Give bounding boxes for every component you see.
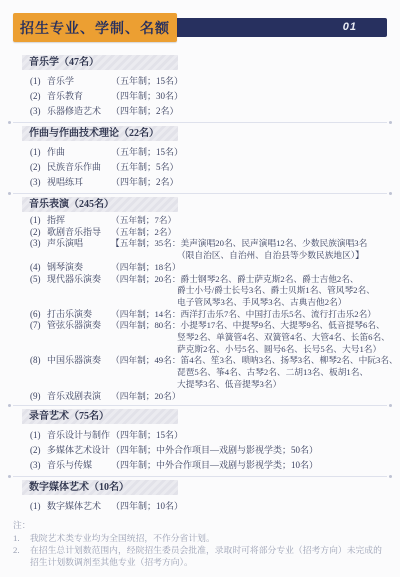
program-number: (3)	[30, 175, 47, 190]
program-number: (1)	[30, 215, 47, 227]
section-title: 音乐表演（245名）	[22, 197, 178, 212]
section-musicology: 音乐学（47名） (1) 音乐学 （五年制；15名） (2) 音乐教育 （四年制…	[0, 55, 400, 119]
program-list: (1) 指挥 （五年制；7名） (2) 歌剧音乐指导 （五年制；2名） (3) …	[0, 215, 400, 402]
program-row: (1) 数字媒体艺术 （四年制；10名）	[30, 499, 400, 514]
note-text: 在招生总计划数范围内，经院招生委员会批准，录取时可将部分专业（招考方向）未完成的…	[30, 544, 382, 569]
program-detail-continuation: （限自治区、自治州、自治县等少数民族地区）】	[177, 250, 400, 262]
notes: 注： 1. 我院艺术类专业均为全国统招，不作分省计划。 2. 在招生总计划数范围…	[0, 519, 400, 568]
section-divider	[8, 404, 392, 407]
divider-dot	[389, 121, 392, 124]
program-name: 视唱练耳	[47, 175, 111, 190]
section-title: 录音艺术（75名）	[22, 409, 178, 424]
program-number: (7)	[30, 320, 47, 332]
program-detail: （五年制；2名）	[111, 227, 176, 239]
section-digital-media: 数字媒体艺术（10名） (1) 数字媒体艺术 （四年制；10名）	[0, 480, 400, 514]
program-number: (2)	[30, 89, 47, 104]
program-row: (3) 视唱练耳 （四年制；2名）	[30, 175, 400, 190]
program-detail-continuation: 大提琴3名、低音提琴3名）	[177, 379, 400, 391]
divider-line	[13, 405, 387, 406]
program-name: 中国乐器演奏	[47, 355, 111, 367]
divider-dot	[8, 192, 11, 195]
program-detail-continuation: 琵琶5名、筝4名、古琴2名、二胡13名、板胡1名、	[177, 367, 400, 379]
program-detail: （四年制；30名）	[111, 89, 183, 104]
program-number: (9)	[30, 391, 47, 403]
program-number: (2)	[30, 227, 47, 239]
program-name: 管弦乐器演奏	[47, 320, 111, 332]
divider-dot	[8, 121, 11, 124]
program-row: (5) 现代器乐演奏 （四年制；20名：爵士钢琴2名、爵士萨克斯2名、爵士吉他2…	[30, 274, 400, 286]
program-detail: （五年制；15名）	[111, 145, 183, 160]
section-divider	[8, 121, 392, 124]
program-name: 音乐设计与制作	[47, 428, 111, 443]
program-name: 现代器乐演奏	[47, 274, 111, 286]
program-name: 声乐演唱	[47, 238, 111, 250]
program-number: (1)	[30, 74, 47, 89]
program-number: (1)	[30, 428, 47, 443]
program-row: (1) 音乐学 （五年制；15名）	[30, 74, 400, 89]
program-detail-continuation: 电子管风琴3名、手风琴3名、古典吉他2名）	[177, 297, 400, 309]
note-text: 我院艺术类专业均为全国统招，不作分省计划。	[30, 532, 382, 544]
page-title: 招生专业、学制、名额	[13, 13, 177, 42]
program-detail: （五年制；7名）	[111, 215, 176, 227]
program-name: 指挥	[47, 215, 111, 227]
program-detail: （四年制；2名）	[111, 104, 179, 119]
program-row: (2) 歌剧音乐指导 （五年制；2名）	[30, 227, 400, 239]
program-name: 乐器修造艺术	[47, 104, 111, 119]
program-detail: （四年制；中外合作项目—戏剧与影视学类；50名）	[111, 443, 318, 458]
program-list: (1) 音乐设计与制作 （四年制；15名） (2) 多媒体艺术设计 （四年制；中…	[0, 428, 400, 473]
program-detail-continuation: 爵士小号/爵士长号3名、爵士贝斯1名、管风琴2名、	[177, 285, 400, 297]
program-row: (2) 多媒体艺术设计 （四年制；中外合作项目—戏剧与影视学类；50名）	[30, 443, 400, 458]
program-number: (1)	[30, 145, 47, 160]
program-name: 音乐戏剧表演	[47, 391, 111, 403]
program-number: (3)	[30, 238, 47, 250]
program-name: 音乐与传媒	[47, 458, 111, 473]
program-detail: （四年制；2名）	[111, 175, 179, 190]
note-number: 2.	[13, 544, 30, 569]
page-number: 01	[343, 21, 357, 33]
notes-label: 注：	[13, 519, 400, 531]
program-number: (6)	[30, 309, 47, 321]
section-title: 作曲与作曲技术理论（22名）	[22, 126, 178, 141]
note-item: 2. 在招生总计划数范围内，经院招生委员会批准，录取时可将部分专业（招考方向）未…	[13, 544, 400, 569]
program-name: 音乐学	[47, 74, 111, 89]
program-list: (1) 数字媒体艺术 （四年制；10名）	[0, 499, 400, 514]
section-divider	[8, 192, 392, 195]
program-row: (2) 民族音乐作曲 （五年制；5名）	[30, 160, 400, 175]
program-row: (3) 音乐与传媒 （四年制；中外合作项目—戏剧与影视学类；10名）	[30, 458, 400, 473]
program-detail: （四年制；15名）	[111, 428, 183, 443]
program-detail: （四年制；10名）	[111, 499, 183, 514]
program-name: 音乐教育	[47, 89, 111, 104]
program-detail-continuation: 竖琴2名、单簧管4名、双簧管4名、大管4名、长笛6名、	[177, 332, 400, 344]
program-list: (1) 音乐学 （五年制；15名） (2) 音乐教育 （四年制；30名） (3)…	[0, 74, 400, 119]
divider-dot	[389, 404, 392, 407]
program-number: (5)	[30, 274, 47, 286]
program-row: (3) 声乐演唱 【五年制；35名：美声演唱20名、民声演唱12名、少数民族演唱…	[30, 238, 400, 250]
program-detail: 【五年制；35名：美声演唱20名、民声演唱12名、少数民族演唱3名	[111, 238, 367, 250]
program-detail: （四年制；20名）	[111, 391, 181, 403]
program-row: (9) 音乐戏剧表演 （四年制；20名）	[30, 391, 400, 403]
program-name: 民族音乐作曲	[47, 160, 111, 175]
program-name: 钢琴演奏	[47, 262, 111, 274]
program-name: 作曲	[47, 145, 111, 160]
program-number: (3)	[30, 458, 47, 473]
program-detail: （四年制；18名）	[111, 262, 181, 274]
section-composition: 作曲与作曲技术理论（22名） (1) 作曲 （五年制；15名） (2) 民族音乐…	[0, 126, 400, 190]
program-number: (2)	[30, 443, 47, 458]
program-detail: （四年制；20名：爵士钢琴2名、爵士萨克斯2名、爵士吉他2名、	[111, 274, 359, 286]
note-item: 1. 我院艺术类专业均为全国统招，不作分省计划。	[13, 532, 400, 544]
program-number: (2)	[30, 160, 47, 175]
program-detail: （五年制；15名）	[111, 74, 183, 89]
divider-line	[13, 476, 387, 477]
section-title: 数字媒体艺术（10名）	[22, 480, 178, 495]
program-row: (1) 作曲 （五年制；15名）	[30, 145, 400, 160]
divider-dot	[8, 404, 11, 407]
program-list: (1) 作曲 （五年制；15名） (2) 民族音乐作曲 （五年制；5名） (3)…	[0, 145, 400, 190]
section-divider	[8, 475, 392, 478]
program-detail: （四年制；80名：小提琴17名、中提琴9名、大提琴9名、低音提琴6名、	[111, 320, 385, 332]
program-detail: （四年制；14名：西洋打击乐7名、中国打击乐5名、流行打击乐2名）	[111, 309, 376, 321]
section-title: 音乐学（47名）	[22, 55, 178, 70]
program-detail: （五年制；5名）	[111, 160, 179, 175]
program-row: (1) 指挥 （五年制；7名）	[30, 215, 400, 227]
divider-dot	[389, 192, 392, 195]
program-number: (8)	[30, 355, 47, 367]
program-row: (3) 乐器修造艺术 （四年制；2名）	[30, 104, 400, 119]
program-row: (4) 钢琴演奏 （四年制；18名）	[30, 262, 400, 274]
program-name: 打击乐演奏	[47, 309, 111, 321]
note-number: 1.	[13, 532, 30, 544]
program-row: (6) 打击乐演奏 （四年制；14名：西洋打击乐7名、中国打击乐5名、流行打击乐…	[30, 309, 400, 321]
section-music-performance: 音乐表演（245名） (1) 指挥 （五年制；7名） (2) 歌剧音乐指导 （五…	[0, 197, 400, 402]
divider-dot	[389, 475, 392, 478]
program-name: 歌剧音乐指导	[47, 227, 111, 239]
page-header: 01 招生专业、学制、名额	[0, 13, 400, 43]
divider-line	[13, 122, 387, 123]
program-number: (3)	[30, 104, 47, 119]
program-row: (1) 音乐设计与制作 （四年制；15名）	[30, 428, 400, 443]
program-row: (8) 中国乐器演奏 （四年制；49名：笛4名、笙3名、唢呐3名、扬琴3名、柳琴…	[30, 355, 400, 367]
section-recording-arts: 录音艺术（75名） (1) 音乐设计与制作 （四年制；15名） (2) 多媒体艺…	[0, 409, 400, 473]
program-name: 多媒体艺术设计	[47, 443, 111, 458]
program-number: (4)	[30, 262, 47, 274]
divider-line	[13, 193, 387, 194]
program-number: (1)	[30, 499, 47, 514]
program-row: (7) 管弦乐器演奏 （四年制；80名：小提琴17名、中提琴9名、大提琴9名、低…	[30, 320, 400, 332]
program-detail-continuation: 萨克斯2名、小号5名、圆号6名、长号5名、大号1名）	[177, 344, 400, 356]
program-name: 数字媒体艺术	[47, 499, 111, 514]
divider-dot	[8, 475, 11, 478]
program-row: (2) 音乐教育 （四年制；30名）	[30, 89, 400, 104]
program-detail: （四年制；中外合作项目—戏剧与影视学类；10名）	[111, 458, 318, 473]
program-detail: （四年制；49名：笛4名、笙3名、唢呐3名、扬琴3名、柳琴2名、中阮3名、	[111, 355, 398, 367]
